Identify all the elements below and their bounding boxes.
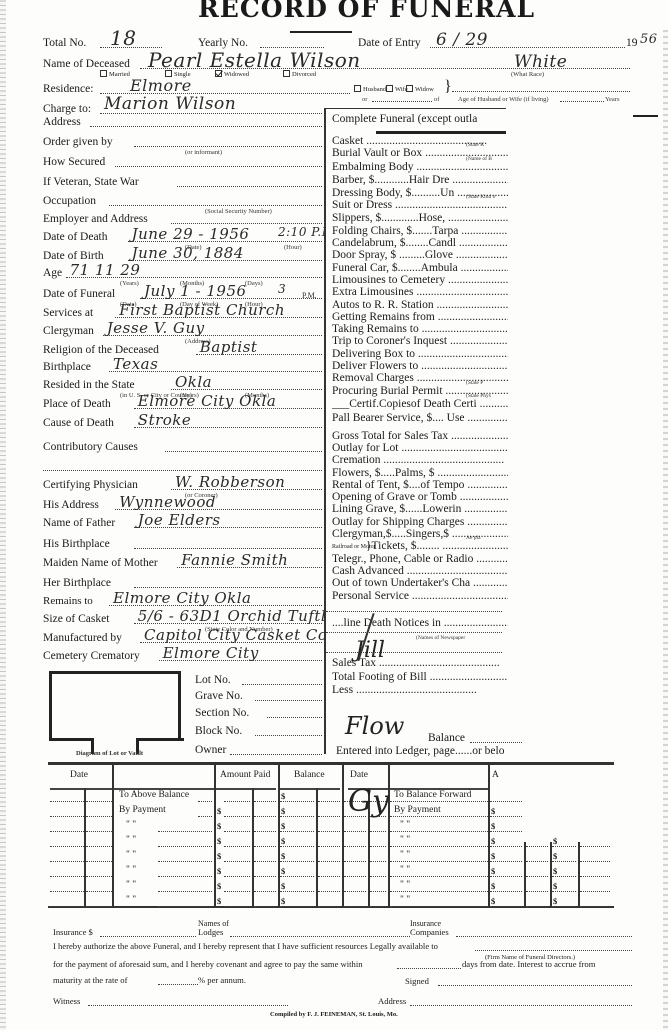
field-subnote: (Years) <box>120 280 139 287</box>
field-value[interactable]: W. Robberson <box>175 473 285 491</box>
ledger-cell-dots[interactable] <box>50 831 84 832</box>
lot-field-dots[interactable] <box>267 717 322 718</box>
panel-item-dots: ........................................… <box>409 590 508 602</box>
ledger-cell-dots[interactable] <box>370 831 386 832</box>
field-dots[interactable] <box>134 146 322 147</box>
panel-item-dots: ........................................… <box>418 360 508 372</box>
ledger-cell-dots[interactable] <box>86 861 112 862</box>
ledger-cell-dots[interactable] <box>318 906 340 907</box>
ledger-cell-dots[interactable] <box>280 891 314 892</box>
panel-item-dots: ........................................… <box>457 491 508 503</box>
field-label: Clergyman <box>43 324 94 338</box>
checkbox-divorced[interactable]: Divorced <box>283 70 316 78</box>
ledger-cell-dots[interactable] <box>254 861 276 862</box>
address-label: Address <box>378 996 406 1006</box>
panel-item[interactable]: Opening of Grave or Tomb ...............… <box>332 491 508 504</box>
spouse-of: of <box>434 96 439 103</box>
ledger-cell-dots[interactable] <box>280 831 314 832</box>
checkbox-married[interactable]: Married <box>100 70 130 78</box>
panel-item-label: Gross Total for Sales Tax <box>332 430 448 442</box>
panel-item-dots: ........................................… <box>449 174 508 186</box>
ledger-cell-dots[interactable] <box>580 891 610 892</box>
ledger-cell-dots[interactable] <box>280 801 314 802</box>
ledger-cell-dots[interactable] <box>344 906 366 907</box>
panel-item-label: Candelabrum, $........Candl <box>332 237 456 249</box>
ledger-cell-dots[interactable] <box>158 891 212 892</box>
panel-item-label: Opening of Grave or Tomb <box>332 491 457 503</box>
panel-blank-dots[interactable] <box>326 611 502 612</box>
ledger-cell-dots[interactable] <box>224 846 250 847</box>
panel-item-dots: ........................................… <box>473 553 508 565</box>
ledger-cell-dots[interactable] <box>254 801 276 802</box>
panel-item[interactable]: Pall Bearer Service, $.... Use .........… <box>332 412 508 425</box>
ledger-handwritten: Gy <box>348 784 389 819</box>
panel-item[interactable]: Gross Total for Sales Tax ..............… <box>332 430 508 443</box>
currency-symbol: $ <box>491 881 495 891</box>
ledger-cell-dots[interactable] <box>50 891 84 892</box>
charge-to-value[interactable]: Marion Wilson <box>104 94 236 114</box>
lot-field-label: Owner <box>195 743 226 757</box>
ledger-cell-dots[interactable] <box>390 831 488 832</box>
field-value[interactable]: Wynnewood <box>119 493 216 511</box>
lodges-label-2: Lodges <box>198 927 223 937</box>
spouse-dots <box>452 91 630 92</box>
insurance-dots[interactable] <box>100 936 196 937</box>
ledger-cell-dots[interactable] <box>158 861 212 862</box>
field-dots[interactable] <box>134 587 322 588</box>
ledger-cell-dots[interactable] <box>552 861 576 862</box>
panel-item-label: Outlay for Lot <box>332 442 398 454</box>
ledger-cell-dots[interactable] <box>86 846 112 847</box>
ledger-cell-dots[interactable] <box>490 906 522 907</box>
checkbox-husband[interactable]: Husband <box>354 85 386 93</box>
authorization-line-2: for the payment of aforesaid sum, and I … <box>53 959 363 969</box>
checkbox-widowed[interactable]: Widowed <box>215 70 249 78</box>
lot-field-dots[interactable] <box>230 754 322 755</box>
panel-item[interactable]: Rental of Tent, $....of Tempo ..........… <box>332 479 508 492</box>
panel-item-dots: ........................................… <box>435 467 508 479</box>
race-value[interactable]: White <box>514 52 567 72</box>
ledger-cell-dots[interactable] <box>280 861 314 862</box>
ledger-cell-dots[interactable] <box>318 891 340 892</box>
insurance-companies-dots[interactable] <box>456 936 632 937</box>
field-label: His Address <box>43 498 99 512</box>
field-value[interactable]: Baptist <box>200 338 258 356</box>
ledger-cell-dots[interactable] <box>580 846 610 847</box>
field-label: Size of Casket <box>43 612 109 626</box>
panel-item-dots: ........................................… <box>404 565 508 577</box>
ledger-cell-dots[interactable] <box>224 891 250 892</box>
field-label: Date of Funeral <box>43 287 115 301</box>
panel-item-label: Deliver Flowers to <box>332 360 418 372</box>
ledger-cell-dots[interactable] <box>158 846 212 847</box>
panel-item[interactable]: Railroad or Motor}Tickets, $........ ...… <box>332 540 508 553</box>
panel-item-label: Autos to R. R. Station <box>332 299 434 311</box>
panel-item[interactable]: Embalming Body .........................… <box>332 161 508 174</box>
panel-item-dots: ........................................… <box>413 286 508 298</box>
ledger-cell-dots[interactable] <box>526 876 548 877</box>
panel-item[interactable]: Door Spray, $ .........Glove ...........… <box>332 249 508 262</box>
panel-item-label: Clergyman,$.....Singers,$ <box>332 528 449 540</box>
ledger-cell-dots[interactable] <box>254 906 276 907</box>
ledger-cell-dots[interactable] <box>86 801 112 802</box>
ledger-cell-dots[interactable] <box>86 891 112 892</box>
age-of-spouse-dots[interactable] <box>560 101 604 102</box>
panel-item-dots: ........................................… <box>415 348 508 360</box>
field-value[interactable]: Capitol City Casket Co <box>144 626 327 644</box>
panel-item[interactable]: Out of town Undertaker's Cha ...........… <box>332 577 508 590</box>
year-suffix[interactable]: 56 <box>640 32 658 47</box>
ledger-cell-dots[interactable] <box>526 891 548 892</box>
panel-item[interactable]: Delivering Box to ......................… <box>332 348 508 361</box>
ledger-cell-dots[interactable] <box>254 846 276 847</box>
ledger-cell-dots[interactable] <box>390 906 488 907</box>
lot-field-dots[interactable] <box>242 684 322 685</box>
ledger-cell-dots[interactable] <box>318 876 340 877</box>
panel-item-label: Slippers, $.............Hose, <box>332 212 445 224</box>
panel-item[interactable]: Lining Grave, $......Lowerin ...........… <box>332 503 508 516</box>
panel-item[interactable]: Autos to R. R. Station .................… <box>332 299 508 312</box>
balance-dots[interactable] <box>470 742 522 743</box>
field-dots[interactable] <box>134 548 322 549</box>
ledger-cell-dots[interactable] <box>390 891 488 892</box>
field-value[interactable]: Texas <box>113 355 158 373</box>
panel-blank-dots[interactable] <box>326 632 502 633</box>
signed-label: Signed <box>405 976 429 986</box>
panel-item-dots: ........................................… <box>458 225 508 237</box>
ledger-header-amount-paid: Amount Paid <box>220 770 270 780</box>
currency-symbol: $ <box>217 896 221 906</box>
authorization-line-3b: % per annum. <box>198 975 246 985</box>
ledger-header-amount-right: A <box>492 770 499 780</box>
ledger-header-balance: Balance <box>294 770 325 780</box>
field-label: How Secured <box>43 155 105 169</box>
panel-item[interactable]: Slippers, $.............Hose, ..........… <box>332 212 508 225</box>
firm-name-dots[interactable] <box>475 950 632 951</box>
currency-symbol: $ <box>281 851 285 861</box>
ledger-cell-dots[interactable] <box>344 846 366 847</box>
field-dots[interactable] <box>90 126 322 127</box>
total-no-value[interactable]: 18 <box>110 26 136 50</box>
ledger-row-label-right: By Payment <box>394 805 441 815</box>
checkbox-icon <box>386 85 393 92</box>
ledger-cell-dots[interactable] <box>50 876 84 877</box>
panel-item[interactable]: Barber, $............Hair Dre ..........… <box>332 174 508 187</box>
panel-item[interactable]: Cash Advanced ..........................… <box>332 565 508 578</box>
field-extra-note: (Hour) <box>284 244 302 251</box>
checkbox-widow[interactable]: Widow <box>406 85 434 93</box>
ledger-row-label: " " <box>126 865 136 875</box>
currency-symbol: $ <box>281 866 285 876</box>
field-label: Maiden Name of Mother <box>43 556 158 570</box>
panel-item[interactable]: Flowers, $.....Palms, $ ................… <box>332 467 508 480</box>
ledger-cell-dots[interactable] <box>158 876 212 877</box>
ledger-cell-dots[interactable] <box>370 861 386 862</box>
ledger-cell-dots[interactable] <box>50 906 84 907</box>
ledger-col-line <box>550 842 552 906</box>
ledger-cell-dots[interactable] <box>254 816 276 817</box>
ledger-cell-dots[interactable] <box>490 831 522 832</box>
panel-item[interactable]: ....line Death Notices in ..............… <box>332 617 508 630</box>
panel-item-dots: ........................................… <box>465 412 508 424</box>
ledger-cell-dots[interactable] <box>552 906 576 907</box>
ledger-cell-dots[interactable] <box>50 846 84 847</box>
ledger-cell-dots[interactable] <box>552 876 576 877</box>
handwritten-mark-2: Flow <box>345 712 404 740</box>
panel-item-label: Casket <box>332 135 363 147</box>
field-value[interactable]: 5/6 - 63D1 Orchid Tuftle <box>138 607 336 625</box>
panel-item[interactable]: Clergyman,$.....Singers,$ ..............… <box>332 528 508 541</box>
checkbox-icon <box>354 85 361 92</box>
balance-label: Balance <box>428 731 465 745</box>
ledger-cell-dots[interactable] <box>318 801 340 802</box>
ledger-cell-dots[interactable] <box>280 816 314 817</box>
ledger-row-label-right: " " <box>400 820 410 830</box>
charge-to-label: Charge to: <box>43 102 91 116</box>
field-label: Date of Death <box>43 230 108 244</box>
panel-item-dots: ........................................… <box>456 237 508 249</box>
currency-symbol: $ <box>553 881 557 891</box>
ledger-cell-dots[interactable] <box>370 891 386 892</box>
ledger-cell-dots[interactable] <box>158 831 212 832</box>
ledger-cell-dots[interactable] <box>390 861 488 862</box>
panel-item-label: Less <box>332 684 353 696</box>
ledger-cell-dots[interactable] <box>526 861 548 862</box>
authorization-line-2b: days from date. Interest to accrue from <box>462 959 595 969</box>
ledger-row-label-right: " " <box>400 850 410 860</box>
ledger-row-label: " " <box>126 895 136 905</box>
panel-item[interactable]: Personal Service .......................… <box>332 590 508 603</box>
panel-item[interactable]: Cremation ..............................… <box>332 454 508 467</box>
lot-field-dots[interactable] <box>255 735 322 736</box>
ledger-col-line <box>488 764 490 906</box>
field-extra[interactable]: 3 <box>278 282 286 296</box>
days-dots[interactable] <box>397 968 461 969</box>
ledger-cell-dots[interactable] <box>490 876 522 877</box>
ledger-row-label: By Payment <box>119 805 166 815</box>
ledger-cell-dots[interactable] <box>318 816 340 817</box>
residence-value[interactable]: Elmore <box>130 76 192 95</box>
ledger-row-label-right: " " <box>400 895 410 905</box>
ledger-cell-dots[interactable] <box>280 846 314 847</box>
ledger-cell-dots[interactable] <box>224 906 250 907</box>
ledger-cell-dots[interactable] <box>490 891 522 892</box>
panel-item[interactable]: Taking Remains to ......................… <box>332 323 508 336</box>
address-dots[interactable] <box>410 1005 632 1006</box>
ledger-cell-dots[interactable] <box>490 861 522 862</box>
field-subnote: (Days) <box>245 280 263 287</box>
panel-heading-rule <box>376 131 506 134</box>
rate-dots[interactable] <box>158 984 198 985</box>
field-value[interactable]: Okla <box>175 373 212 391</box>
ledger-cell-dots[interactable] <box>280 876 314 877</box>
ledger-cell-dots[interactable] <box>224 861 250 862</box>
ledger-cell-dots[interactable] <box>224 876 250 877</box>
currency-symbol: $ <box>281 806 285 816</box>
witness-dots[interactable] <box>88 1005 288 1006</box>
field-label: Contributory Causes <box>43 440 138 454</box>
ledger-row-label-right: " " <box>400 835 410 845</box>
panel-item[interactable]: Telegr., Phone, Cable or Radio .........… <box>332 553 508 566</box>
field-label: Age <box>43 266 62 280</box>
panel-item[interactable]: Trip to Coroner's Inquest ..............… <box>332 335 508 348</box>
ledger-cell-dots[interactable] <box>254 831 276 832</box>
lot-field-label: Lot No. <box>195 673 231 687</box>
field-value[interactable]: June 30, 1884 <box>132 244 244 262</box>
name-of-deceased-value[interactable]: Pearl Estella Wilson <box>148 48 361 72</box>
edge-mark <box>633 115 658 117</box>
panel-blank-dots[interactable] <box>326 652 502 653</box>
field-value[interactable]: First Baptist Church <box>119 301 285 319</box>
field-label: His Birthplace <box>43 537 110 551</box>
field-value[interactable]: Elmore City Okla <box>138 392 277 410</box>
ledger-cell-dots[interactable] <box>86 831 112 832</box>
ledger-cell-dots[interactable] <box>344 831 366 832</box>
ledger-cell-dots[interactable] <box>370 846 386 847</box>
panel-item[interactable]: Suit or Dress ..........................… <box>332 199 508 212</box>
ledger-cell-dots[interactable] <box>490 846 522 847</box>
panel-item-dots: ........................................… <box>353 684 477 696</box>
panel-item[interactable]: Outlay for Lot .........................… <box>332 442 508 455</box>
ledger-cell-dots[interactable] <box>254 876 276 877</box>
panel-item[interactable]: Less ...................................… <box>332 684 508 697</box>
field-dots[interactable] <box>177 186 322 187</box>
currency-symbol: $ <box>553 866 557 876</box>
panel-item-label: Lining Grave, $......Lowerin <box>332 503 461 515</box>
spouse-or: or <box>362 96 367 103</box>
field-extra-suffix: P.M. <box>302 291 317 300</box>
ledger-cell-dots[interactable] <box>224 801 250 802</box>
ledger-cell-dots[interactable] <box>318 861 340 862</box>
ledger-cell-dots[interactable] <box>86 816 112 817</box>
ledger-cell-dots[interactable] <box>390 846 488 847</box>
panel-item-label: Trip to Coroner's Inquest <box>332 335 447 347</box>
panel-item-label: Removal Charges <box>332 372 414 384</box>
ledger-cell-dots[interactable] <box>552 891 576 892</box>
panel-item[interactable]: Folding Chairs, $.......Tarpa ..........… <box>332 225 508 238</box>
ledger-cell-dots[interactable] <box>86 876 112 877</box>
currency-symbol: $ <box>217 851 221 861</box>
panel-item-label: Delivering Box to <box>332 348 415 360</box>
field-label: Services at <box>43 306 93 320</box>
ledger-cell-dots[interactable] <box>224 816 250 817</box>
ledger-cell-dots[interactable] <box>344 876 366 877</box>
ledger-header-date: Date <box>70 770 88 780</box>
ledger-cell-dots[interactable] <box>318 846 340 847</box>
ledger-cell-dots[interactable] <box>526 846 548 847</box>
lodges-dots[interactable] <box>230 936 410 937</box>
ledger-cell-dots[interactable] <box>390 876 488 877</box>
witness-label: Witness <box>53 996 80 1006</box>
ledger-cell-dots[interactable] <box>50 816 84 817</box>
field-value[interactable]: 71 11 29 <box>70 261 141 279</box>
ledger-cell-dots[interactable] <box>344 891 366 892</box>
insurance-label: Insurance $ <box>53 927 93 937</box>
currency-symbol: $ <box>217 821 221 831</box>
lot-field-label: Section No. <box>195 706 249 720</box>
ledger-cell-dots[interactable] <box>490 816 522 817</box>
panel-item-label: Personal Service <box>332 590 409 602</box>
ledger-cell-dots[interactable] <box>224 831 250 832</box>
ledger-cell-dots[interactable] <box>86 906 112 907</box>
ledger-cell-dots[interactable] <box>390 801 488 802</box>
ledger-cell-dots[interactable] <box>318 831 340 832</box>
field-dots[interactable] <box>171 223 322 224</box>
charges-panel: Complete Funeral (except outla Casket ..… <box>324 108 506 754</box>
panel-item-dots: ........................................… <box>381 454 505 466</box>
panel-item-label: Tickets, $........ <box>372 540 440 552</box>
field-value[interactable]: July 1 - 1956 <box>144 282 247 300</box>
ledger-cell-dots[interactable] <box>490 801 522 802</box>
field-dots[interactable] <box>115 166 322 167</box>
panel-item-dots: ........................................… <box>464 516 508 528</box>
ledger-cell-dots[interactable] <box>280 906 314 907</box>
panel-item[interactable]: Limousines to Cemetery .................… <box>332 274 508 287</box>
panel-item-label: ___Certif.Copiesof Death Certi <box>332 398 477 410</box>
field-value[interactable]: Joe Elders <box>138 511 221 529</box>
field-value[interactable]: Elmore City Okla <box>113 589 252 607</box>
signed-dots[interactable] <box>438 985 632 986</box>
field-label: Birthplace <box>43 360 91 374</box>
panel-item[interactable]: Deliver Flowers to .....................… <box>332 360 508 373</box>
ledger-cell-dots[interactable] <box>526 906 548 907</box>
currency-symbol: $ <box>491 866 495 876</box>
ledger-cell-dots[interactable] <box>198 816 212 817</box>
checkbox-wife[interactable]: Wife <box>386 85 408 93</box>
field-dots[interactable] <box>165 451 322 452</box>
ledger-cell-dots[interactable] <box>50 801 84 802</box>
panel-item[interactable]: Outlay for Shipping Charges ............… <box>332 516 508 529</box>
field-value[interactable]: June 29 - 1956 <box>132 225 250 243</box>
field-value[interactable]: Stroke <box>138 411 191 429</box>
ledger-cell-dots[interactable] <box>552 846 576 847</box>
date-of-entry-value[interactable]: 6 / 29 <box>436 30 488 50</box>
ledger-cell-dots[interactable] <box>254 891 276 892</box>
ledger-cell-dots[interactable] <box>344 861 366 862</box>
blank-line-dots[interactable] <box>43 470 322 471</box>
ledger-header-date-right: Date <box>350 770 368 780</box>
ledger-cell-dots[interactable] <box>390 816 488 817</box>
panel-item-label: Pall Bearer Service, $.... Use <box>332 412 465 424</box>
ledger-cell-dots[interactable] <box>580 906 610 907</box>
field-value[interactable]: Jesse V. Guy <box>107 319 205 337</box>
ledger-cell-dots[interactable] <box>370 876 386 877</box>
panel-item-label: ....line Death Notices in <box>332 617 441 629</box>
field-value[interactable]: Elmore City <box>163 644 259 662</box>
panel-item[interactable]: Total Footing of Bill ..................… <box>332 671 508 684</box>
panel-item-dots: ........................................… <box>453 249 508 261</box>
checkbox-icon <box>283 70 290 77</box>
ledger-cell-dots[interactable] <box>580 876 610 877</box>
ledger-cell-dots[interactable] <box>50 861 84 862</box>
panel-item[interactable]: Candelabrum, $........Candl ............… <box>332 237 508 250</box>
ledger-row-label: " " <box>126 820 136 830</box>
ledger-cell-dots[interactable] <box>370 906 386 907</box>
field-dots[interactable] <box>109 205 322 206</box>
ledger-cell-dots[interactable] <box>198 801 212 802</box>
lot-field-dots[interactable] <box>255 700 322 701</box>
panel-item[interactable]: Extra Limousines .......................… <box>332 286 508 299</box>
field-value[interactable]: Fannie Smith <box>181 551 288 569</box>
field-label: Manufactured by <box>43 631 122 645</box>
panel-item[interactable]: Getting Remains from ...................… <box>332 311 508 324</box>
ledger-cell-dots[interactable] <box>158 906 212 907</box>
panel-item[interactable]: Funeral Car, $........Ambula ...........… <box>332 262 508 275</box>
checkbox-icon <box>406 85 413 92</box>
panel-item[interactable]: ___Certif.Copiesof Death Certi .........… <box>332 398 508 411</box>
ledger-cell-dots[interactable] <box>580 861 610 862</box>
currency-symbol: $ <box>491 896 495 906</box>
